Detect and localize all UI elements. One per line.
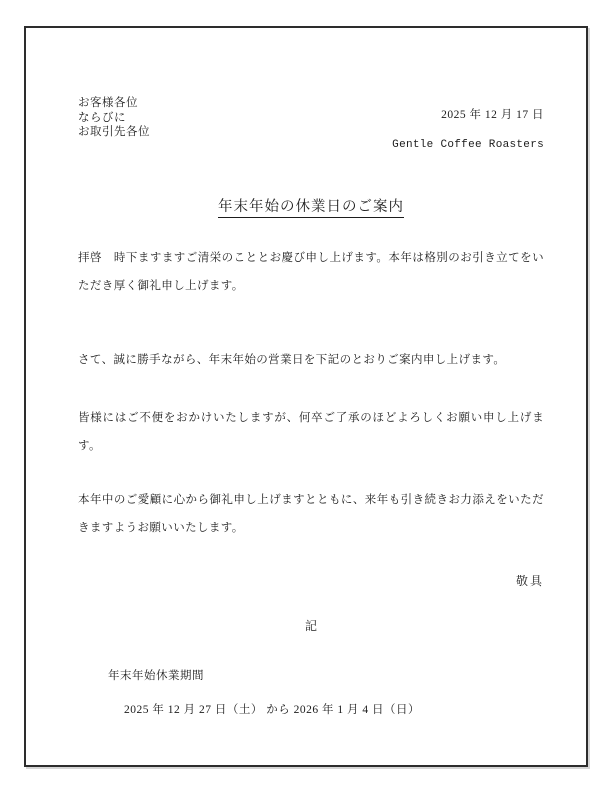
- recipient-line-partners: お取引先各位: [78, 125, 150, 140]
- closing-keigu: 敬具: [78, 574, 544, 588]
- recipient-block: お客様各位 ならびに お取引先各位: [78, 96, 150, 140]
- paragraph-greeting: 拝啓 時下ますますご清栄のこととお慶び申し上げます。本年は格別のお引き立てをいた…: [78, 244, 544, 300]
- record-marker: 記: [78, 619, 544, 633]
- letter-header: お客様各位 ならびに お取引先各位 2025 年 12 月 17 日 Gentl…: [78, 96, 544, 152]
- date-sender-block: 2025 年 12 月 17 日 Gentle Coffee Roasters: [392, 108, 544, 152]
- paragraph-apology: 皆様にはご不便をおかけいたしますが、何卒ご了承のほどよろしくお願い申し上げます。: [78, 404, 544, 460]
- letter-page: お客様各位 ならびに お取引先各位 2025 年 12 月 17 日 Gentl…: [24, 26, 588, 767]
- recipient-line-customers: お客様各位: [78, 96, 150, 111]
- holiday-period-label: 年末年始休業期間: [78, 669, 544, 683]
- holiday-period-dates: 2025 年 12 月 27 日（土） から 2026 年 1 月 4 日（日）: [78, 703, 544, 717]
- letter-date: 2025 年 12 月 17 日: [392, 108, 544, 122]
- letter-title-text: 年末年始の休業日のご案内: [218, 199, 404, 218]
- letter-title: 年末年始の休業日のご案内: [78, 198, 544, 216]
- paragraph-announcement: さて、誠に勝手ながら、年末年始の営業日を下記のとおりご案内申し上げます。: [78, 346, 544, 374]
- paragraph-thanks: 本年中のご愛顧に心から御礼申し上げますとともに、来年も引き続きお力添えをいただき…: [78, 486, 544, 542]
- recipient-line-and: ならびに: [78, 111, 150, 126]
- sender-name: Gentle Coffee Roasters: [392, 138, 544, 152]
